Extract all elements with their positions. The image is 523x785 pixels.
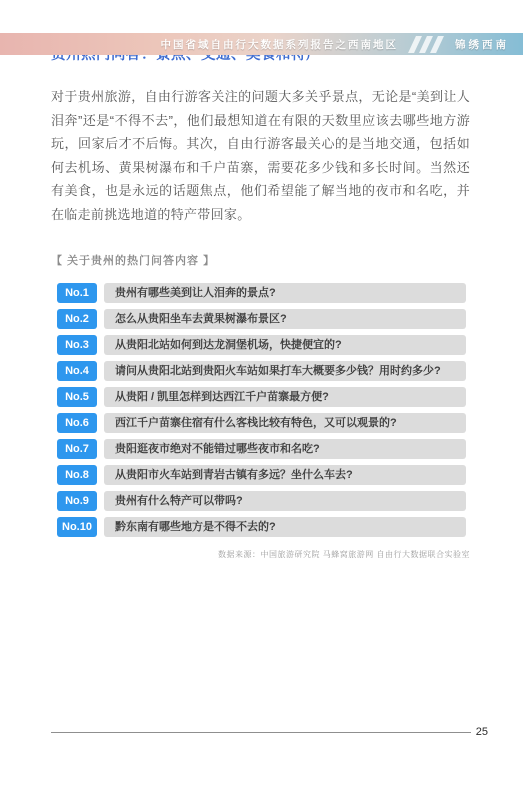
qa-list: No.1贵州有哪些美到让人泪奔的景点?No.2怎么从贵阳坐车去黄果树瀑布景区?N… [57,283,466,537]
qa-question: 贵州有什么特产可以带吗? [104,491,466,511]
qa-row: No.5从贵阳 / 凯里怎样到达西江千户苗寨最方便? [57,387,466,407]
qa-row: No.1贵州有哪些美到让人泪奔的景点? [57,283,466,303]
qa-question: 西江千户苗寨住宿有什么客栈比较有特色，又可以观景的? [104,413,466,433]
qa-row: No.10黔东南有哪些地方是不得不去的? [57,517,466,537]
page-footer: 25 [51,726,488,738]
qa-question: 从贵阳北站如何到达龙洞堡机场，快捷便宜的? [104,335,466,355]
qa-row: No.3从贵阳北站如何到达龙洞堡机场，快捷便宜的? [57,335,466,355]
qa-row: No.6西江千户苗寨住宿有什么客栈比较有特色，又可以观景的? [57,413,466,433]
qa-list-caption: 【 关于贵州的热门问答内容 】 [51,252,470,268]
qa-question: 从贵阳市火车站到青岩古镇有多远？坐什么车去? [104,465,466,485]
diagonal-stripes-icon [412,33,445,55]
page-number: 25 [476,726,488,738]
qa-number-badge: No.4 [57,361,97,381]
qa-question: 黔东南有哪些地方是不得不去的? [104,517,466,537]
qa-row: No.2怎么从贵阳坐车去黄果树瀑布景区? [57,309,466,329]
report-page: 中国省域自由行大数据系列报告之西南地区 锦绣西南 贵州热门问答：景点、交通、美食… [0,0,523,785]
qa-number-badge: No.7 [57,439,97,459]
header-series-badge: 锦绣西南 [455,37,509,52]
qa-number-badge: No.10 [57,517,97,537]
header-title: 中国省域自由行大数据系列报告之西南地区 [161,37,399,52]
qa-number-badge: No.3 [57,335,97,355]
footer-rule [51,732,471,733]
qa-number-badge: No.2 [57,309,97,329]
qa-number-badge: No.8 [57,465,97,485]
page-header: 中国省域自由行大数据系列报告之西南地区 锦绣西南 [0,33,523,55]
qa-number-badge: No.1 [57,283,97,303]
qa-number-badge: No.6 [57,413,97,433]
qa-question: 怎么从贵阳坐车去黄果树瀑布景区? [104,309,466,329]
intro-paragraph: 对于贵州旅游，自由行游客关注的问题大多关乎景点，无论是“美到让人泪奔”还是“不得… [51,85,470,227]
data-source-note: 数据来源：中国旅游研究院 马蜂窝旅游网 自由行大数据联合实验室 [51,549,470,560]
qa-question: 从贵阳 / 凯里怎样到达西江千户苗寨最方便? [104,387,466,407]
qa-question: 请问从贵阳北站到贵阳火车站如果打车大概要多少钱？用时约多少? [104,361,466,381]
qa-row: No.8从贵阳市火车站到青岩古镇有多远？坐什么车去? [57,465,466,485]
page-content: 贵州热门问答：景点、交通、美食和特产 对于贵州旅游，自由行游客关注的问题大多关乎… [0,46,523,560]
qa-row: No.4请问从贵阳北站到贵阳火车站如果打车大概要多少钱？用时约多少? [57,361,466,381]
qa-question: 贵州有哪些美到让人泪奔的景点? [104,283,466,303]
qa-number-badge: No.5 [57,387,97,407]
qa-row: No.7贵阳逛夜市绝对不能错过哪些夜市和名吃? [57,439,466,459]
qa-number-badge: No.9 [57,491,97,511]
qa-question: 贵阳逛夜市绝对不能错过哪些夜市和名吃? [104,439,466,459]
qa-row: No.9贵州有什么特产可以带吗? [57,491,466,511]
